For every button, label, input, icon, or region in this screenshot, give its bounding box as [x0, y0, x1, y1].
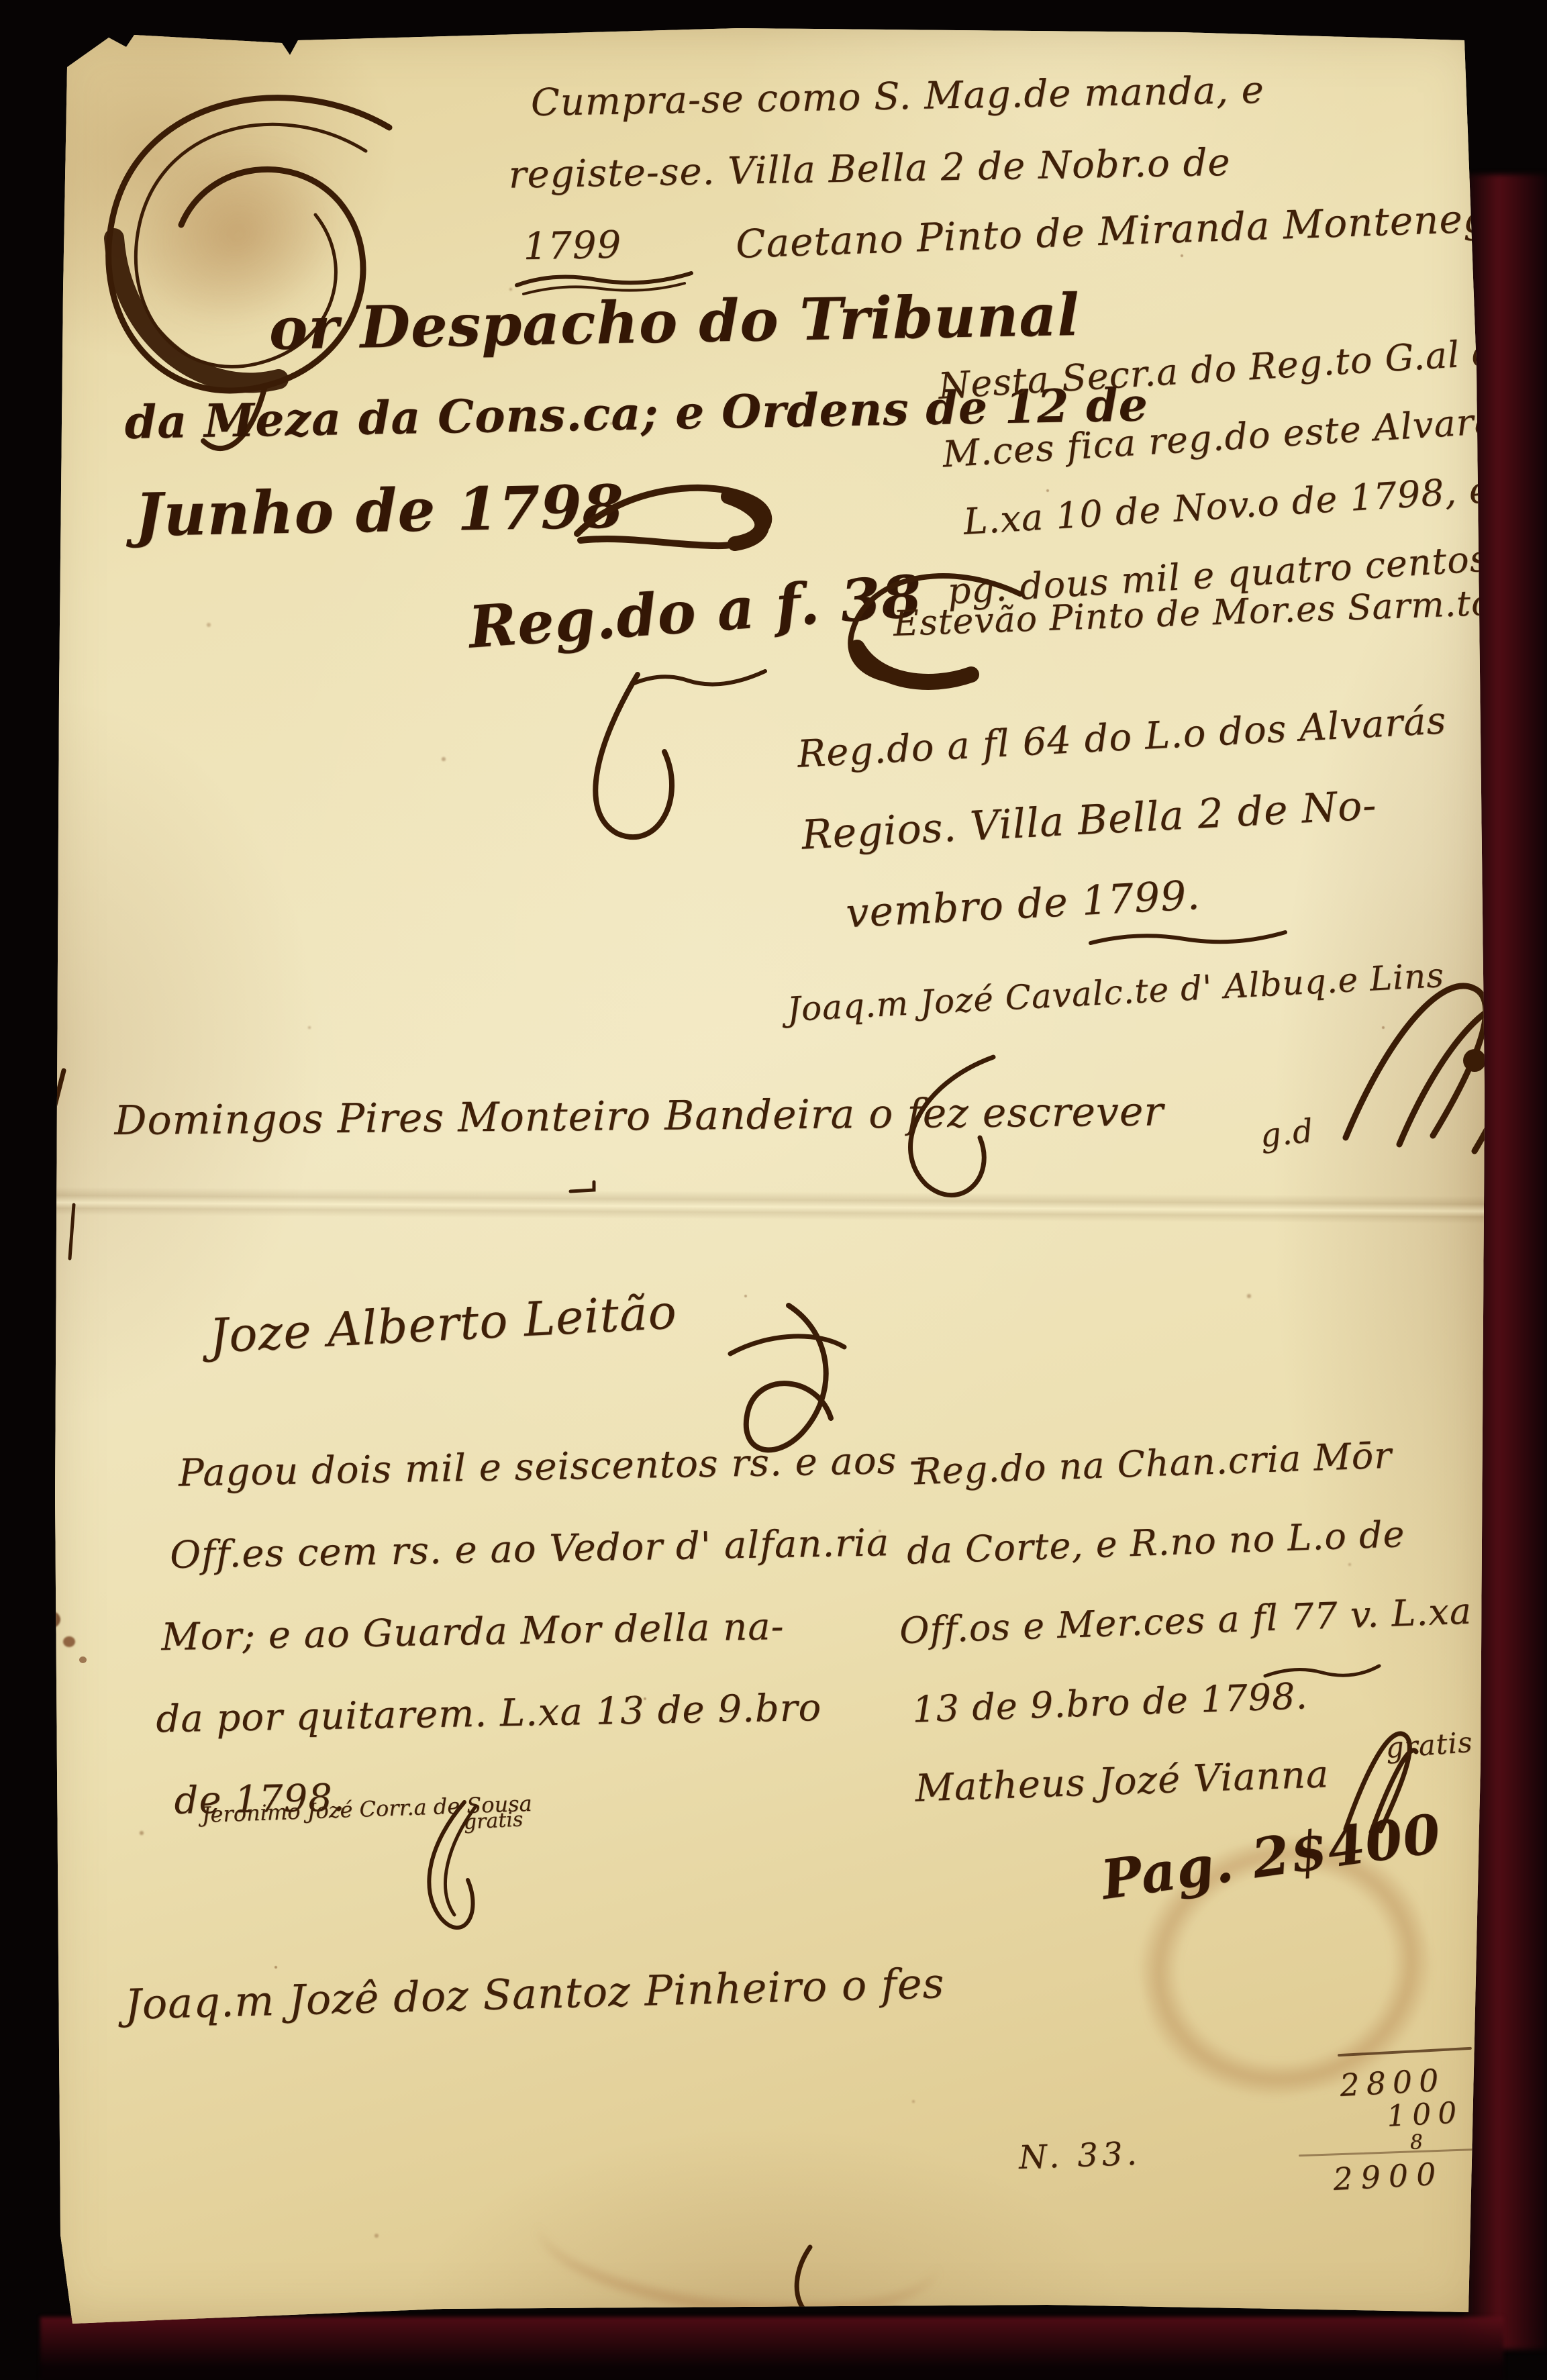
folio-registration-note: Reg.do a f. 38 — [466, 562, 924, 662]
pagamento-line: Pagou dois mil e seiscentos rs. e aos - — [178, 1420, 924, 1514]
pagamento-note: Pagou dois mil e seiscentos rs. e aos - … — [168, 1420, 930, 1842]
sousa-fee-note: gratis — [463, 1807, 523, 1834]
photo-background: Cumpra-se como S. Mag.de manda, e regist… — [0, 0, 1547, 2380]
vianna-fee-note: gratis — [1385, 1726, 1474, 1765]
pagamento-line: de 1798. — [174, 1747, 930, 1842]
stray-ink-hook — [782, 2242, 822, 2319]
cumprase-line: registe-se. Villa Bella 2 de Nobr.o de — [508, 126, 1266, 211]
pagamento-line: da por quitarem. L.xa 13 de 9.bro — [155, 1665, 928, 1761]
pagamento-line: Off.es cem rs. e ao Vedor d' alfan.ria — [169, 1501, 925, 1597]
margin-ink-spots — [40, 1597, 101, 1678]
sum-total: 2900 — [1332, 2155, 1445, 2197]
manuscript-page: Cumpra-se como S. Mag.de manda, e regist… — [40, 20, 1490, 2329]
binding-shadow-bottom — [40, 2317, 1503, 2380]
chancelaria-note: Reg.do na Chan.cria Mōr da Corte, e R.no… — [903, 1414, 1479, 1829]
pagamento-line: Mor; e ao Guarda Mor della na- — [160, 1583, 926, 1679]
left-margin-pen-marks — [40, 1067, 101, 1269]
despacho-line3: Junho de 1798 — [134, 471, 625, 550]
pinheiro-line: Joaq.m Jozê doz Santoz Pinheiro o fes — [124, 1958, 945, 2029]
horizontal-fold-crease — [40, 1187, 1490, 1224]
bottom-arc-stain — [531, 2154, 946, 2334]
folio-underline-squiggle — [628, 661, 768, 698]
secretaria-note: Nesta Secr.a do Reg.to G.al das M.ces fi… — [936, 315, 1547, 626]
foxing-speckles — [40, 20, 42, 21]
leitao-signature: Joze Alberto Leitão — [208, 1285, 679, 1364]
page-number: N. 33. — [1018, 2135, 1142, 2177]
escrivao-paid-mark: g.d — [1258, 1112, 1315, 1155]
escrivao-line: Domingos Pires Monteiro Bandeira o fez e… — [114, 1088, 1164, 1144]
registro-geral-note: Reg.do a fl 64 do L.o dos Alvarás Regios… — [795, 681, 1462, 1048]
sum-value-2: 100 — [1386, 2095, 1464, 2134]
folio-descender-flourish — [537, 664, 738, 852]
sum-total-rule — [1299, 2148, 1500, 2156]
cumprase-line: Cumpra-se como S. Mag.de manda, e — [530, 54, 1265, 139]
sum-top-rule — [1338, 2047, 1472, 2056]
